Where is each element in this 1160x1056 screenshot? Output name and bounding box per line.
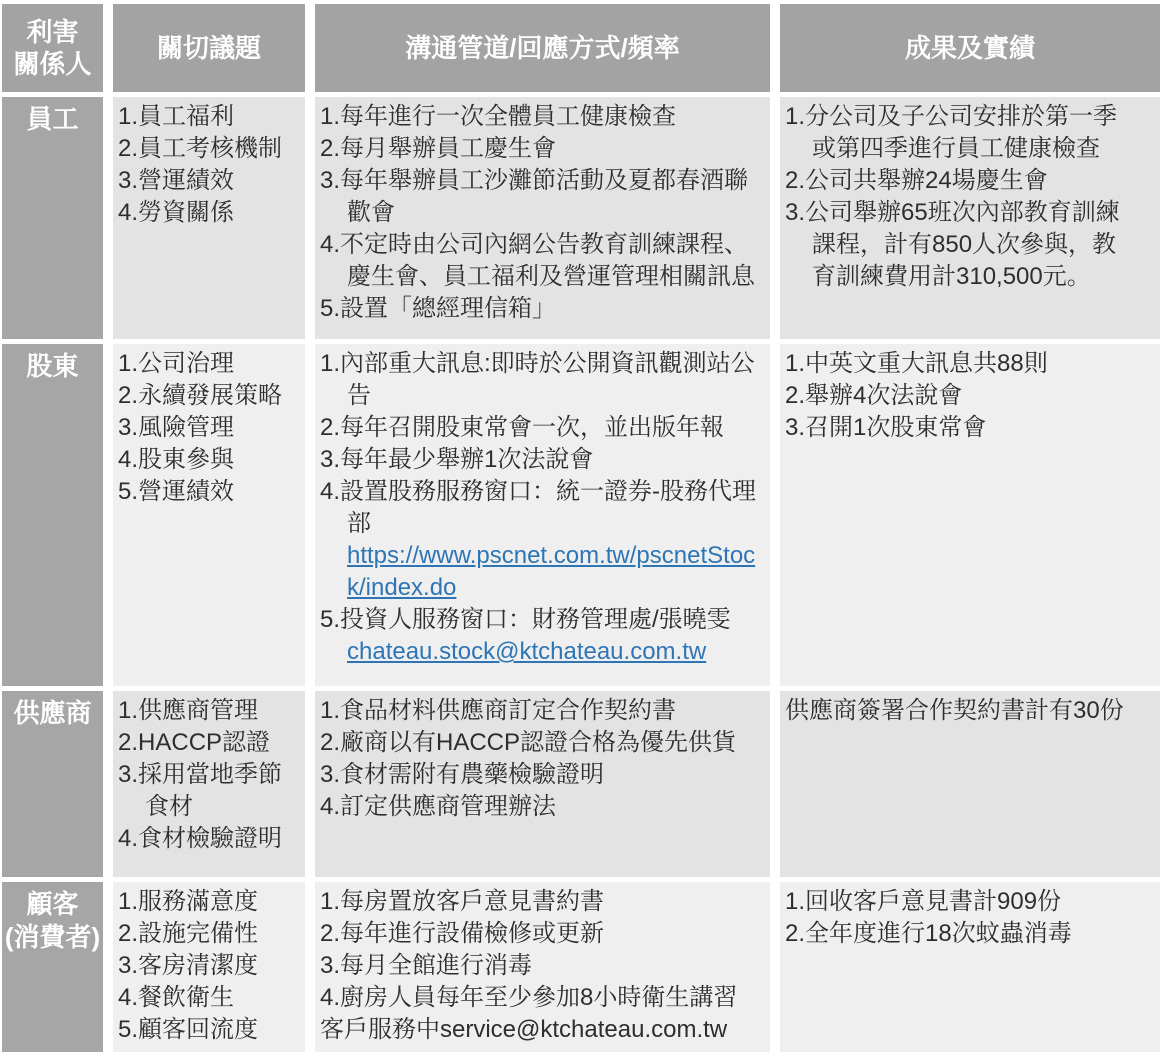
shareholders-issues-cell: 1.公司治理 2.永續發展策略 3.風險管理 4.股東參與 5.營運績效 <box>113 344 305 686</box>
list-item: 1.服務滿意度 <box>118 886 301 918</box>
list-item: 3.公司舉辦65班次內部教育訓練課程，計有850人次參與，教育訓練費用計310,… <box>785 197 1132 293</box>
list-item: 4.廚房人員每年至少參加8小時衛生講習 <box>320 982 766 1014</box>
list-item: 4.設置股務服務窗口：統一證券-股務代理部 <box>320 476 766 540</box>
list-item: 3.風險管理 <box>118 412 301 444</box>
list-item: 3.採用當地季節食材 <box>118 759 301 823</box>
customer-service-line: 客戶服務中service@ktchateau.com.tw <box>320 1014 766 1046</box>
list-item: 4.訂定供應商管理辦法 <box>320 791 766 823</box>
list-item: 2.HACCP認證 <box>118 727 301 759</box>
list-item: 3.每年舉辦員工沙灘節活動及夏都春酒聯歡會 <box>320 165 766 229</box>
list-item: 1.每年進行一次全體員工健康檢查 <box>320 101 766 133</box>
list-item: 1.員工福利 <box>118 101 301 133</box>
customers-issues-cell: 1.服務滿意度 2.設施完備性 3.客房清潔度 4.餐飲衛生 5.顧客回流度 <box>113 882 305 1052</box>
list-item: 5.營運績效 <box>118 476 301 508</box>
list-item: 5.顧客回流度 <box>118 1014 301 1046</box>
list-item: 供應商簽署合作契約書計有30份 <box>785 695 1132 727</box>
list-item: 1.內部重大訊息:即時於公開資訊觀測站公告 <box>320 348 766 412</box>
list-item: 1.中英文重大訊息共88則 <box>785 348 1132 380</box>
list-item: 1.每房置放客戶意見書約書 <box>320 886 766 918</box>
col-header-stakeholder: 利害 關係人 <box>2 4 103 92</box>
list-item: 1.回收客戶意見書計909份 <box>785 886 1132 918</box>
list-item: 3.每月全館進行消毒 <box>320 950 766 982</box>
list-item: 2.每年進行設備檢修或更新 <box>320 918 766 950</box>
suppliers-results-cell: 供應商簽署合作契約書計有30份 <box>780 691 1160 877</box>
list-item: chateau.stock@ktchateau.com.tw <box>320 636 766 668</box>
list-item: 1.食品材料供應商訂定合作契約書 <box>320 695 766 727</box>
shareholders-channels-cell: 1.內部重大訊息:即時於公開資訊觀測站公告 2.每年召開股東常會一次，並出版年報… <box>315 344 770 686</box>
list-item: 2.永續發展策略 <box>118 380 301 412</box>
col-header-results: 成果及實績 <box>780 4 1160 92</box>
row-header-suppliers: 供應商 <box>2 691 103 877</box>
list-item: 2.全年度進行18次蚊蟲消毒 <box>785 918 1132 950</box>
list-item: 5.設置「總經理信箱」 <box>320 293 766 325</box>
list-item: 3.召開1次股東常會 <box>785 412 1132 444</box>
list-item: 2.每年召開股東常會一次，並出版年報 <box>320 412 766 444</box>
list-item: 4.勞資關係 <box>118 197 301 229</box>
list-item: 5.投資人服務窗口：財務管理處/張曉雯 <box>320 604 766 636</box>
investor-email-link[interactable]: chateau.stock@ktchateau.com.tw <box>347 638 706 665</box>
row-header-employees: 員工 <box>2 97 103 339</box>
list-item: 4.食材檢驗證明 <box>118 823 301 855</box>
list-item: 4.股東參與 <box>118 444 301 476</box>
col-header-issues: 關切議題 <box>113 4 305 92</box>
customers-channels-cell: 1.每房置放客戶意見書約書 2.每年進行設備檢修或更新 3.每月全館進行消毒 4… <box>315 882 770 1052</box>
employees-results-cell: 1.分公司及子公司安排於第一季或第四季進行員工健康檢查 2.公司共舉辦24場慶生… <box>780 97 1160 339</box>
suppliers-channels-cell: 1.食品材料供應商訂定合作契約書 2.廠商以有HACCP認證合格為優先供貨 3.… <box>315 691 770 877</box>
employees-issues-cell: 1.員工福利 2.員工考核機制 3.營運績效 4.勞資關係 <box>113 97 305 339</box>
list-item: 3.營運績效 <box>118 165 301 197</box>
list-item: 4.不定時由公司內網公告教育訓練課程、慶生會、員工福利及營運管理相關訊息 <box>320 229 766 293</box>
stakeholder-table: 利害 關係人 關切議題 溝通管道/回應方式/頻率 成果及實績 員工 1.員工福利… <box>0 0 1160 1052</box>
list-item: 1.分公司及子公司安排於第一季或第四季進行員工健康檢查 <box>785 101 1132 165</box>
list-item: 1.公司治理 <box>118 348 301 380</box>
row-header-shareholders: 股東 <box>2 344 103 686</box>
shareholders-results-cell: 1.中英文重大訊息共88則 2.舉辦4次法說會 3.召開1次股東常會 <box>780 344 1160 686</box>
suppliers-issues-cell: 1.供應商管理 2.HACCP認證 3.採用當地季節食材 4.食材檢驗證明 <box>113 691 305 877</box>
list-item: 2.每月舉辦員工慶生會 <box>320 133 766 165</box>
list-item: 3.食材需附有農藥檢驗證明 <box>320 759 766 791</box>
list-item: https://www.pscnet.com.tw/pscnetStock/in… <box>320 540 766 604</box>
list-item: 4.餐飲衛生 <box>118 982 301 1014</box>
list-item: 3.每年最少舉辦1次法說會 <box>320 444 766 476</box>
stock-agency-link[interactable]: https://www.pscnet.com.tw/pscnetStock/in… <box>347 542 755 601</box>
list-item: 2.廠商以有HACCP認證合格為優先供貨 <box>320 727 766 759</box>
list-item: 1.供應商管理 <box>118 695 301 727</box>
list-item: 2.員工考核機制 <box>118 133 301 165</box>
customers-results-cell: 1.回收客戶意見書計909份 2.全年度進行18次蚊蟲消毒 <box>780 882 1160 1052</box>
list-item: 2.舉辦4次法說會 <box>785 380 1132 412</box>
employees-channels-cell: 1.每年進行一次全體員工健康檢查 2.每月舉辦員工慶生會 3.每年舉辦員工沙灘節… <box>315 97 770 339</box>
col-header-channels: 溝通管道/回應方式/頻率 <box>315 4 770 92</box>
list-item: 2.設施完備性 <box>118 918 301 950</box>
list-item: 3.客房清潔度 <box>118 950 301 982</box>
row-header-customers: 顧客 (消費者) <box>2 882 103 1052</box>
list-item: 2.公司共舉辦24場慶生會 <box>785 165 1132 197</box>
